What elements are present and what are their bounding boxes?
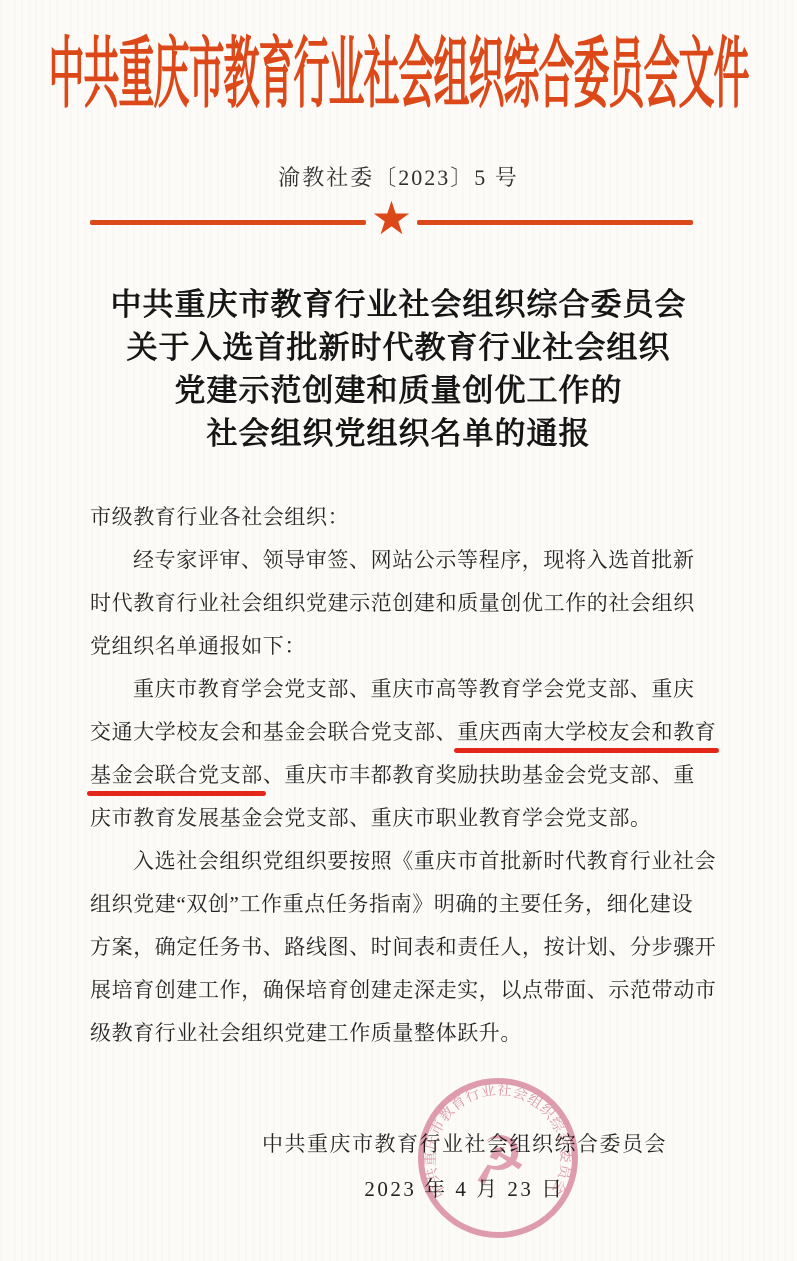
body-line: 庆市教育发展基金会党支部、重庆市职业教育学会党支部。 — [90, 797, 726, 840]
body-line: 经专家评审、领导审签、网站公示等程序，现将入选首批新 — [90, 539, 726, 582]
document-body: 市级教育行业各社会组织： 经专家评审、领导审签、网站公示等程序，现将入选首批新 … — [90, 496, 726, 1055]
hammer-sickle-icon: ☭ — [465, 1121, 532, 1199]
official-seal: 中共重庆市教育行业社会组织综合委员会 ☭ — [412, 1072, 584, 1244]
body-line: 交通大学校友会和基金会联合党支部、重庆西南大学校友会和教育 — [90, 711, 726, 754]
document-title-line: 中共重庆市教育行业社会组织综合委员会 — [0, 283, 797, 326]
body-line: 方案，确定任务书、路线图、时间表和责任人，按计划、分步骤开 — [90, 926, 726, 969]
document-title-line: 社会组织党组织名单的通报 — [0, 412, 797, 455]
body-text-segment: 、重庆市丰都教育奖励扶助基金会党支部、重 — [263, 763, 695, 787]
divider-line-right — [417, 220, 693, 225]
star-icon: ★ — [371, 196, 412, 242]
letterhead-title: 中共重庆市教育行业社会组织综合委员会文件 — [0, 14, 797, 124]
red-underlined-text: 重庆西南大学校友会和教育 — [457, 720, 716, 744]
red-divider: ★ — [90, 198, 693, 246]
body-line: 基金会联合党支部、重庆市丰都教育奖励扶助基金会党支部、重 — [90, 754, 726, 797]
body-line: 组织党建“双创”工作重点任务指南》明确的主要任务，细化建设 — [90, 883, 726, 926]
body-line: 党组织名单通报如下： — [90, 625, 726, 668]
body-text-segment: 交通大学校友会和基金会联合党支部、 — [90, 720, 457, 744]
body-line: 时代教育行业社会组织党建示范创建和质量创优工作的社会组织 — [90, 582, 726, 625]
body-line: 展培育创建工作，确保培育创建走深走实，以点带面、示范带动市 — [90, 969, 726, 1012]
body-line: 级教育行业社会组织党建工作质量整体跃升。 — [90, 1012, 726, 1055]
body-line: 重庆市教育学会党支部、重庆市高等教育学会党支部、重庆 — [90, 668, 726, 711]
salutation: 市级教育行业各社会组织： — [90, 496, 726, 539]
document-page: 中共重庆市教育行业社会组织综合委员会文件 渝教社委〔2023〕5 号 ★ 中共重… — [0, 0, 797, 1261]
red-underlined-text: 基金会联合党支部 — [90, 763, 263, 787]
document-title: 中共重庆市教育行业社会组织综合委员会 关于入选首批新时代教育行业社会组织 党建示… — [0, 283, 797, 455]
document-title-line: 党建示范创建和质量创优工作的 — [0, 369, 797, 412]
body-line: 入选社会组织党组织要按照《重庆市首批新时代教育行业社会 — [90, 840, 726, 883]
document-number: 渝教社委〔2023〕5 号 — [0, 161, 797, 192]
document-title-line: 关于入选首批新时代教育行业社会组织 — [0, 326, 797, 369]
divider-line-left — [90, 220, 366, 225]
